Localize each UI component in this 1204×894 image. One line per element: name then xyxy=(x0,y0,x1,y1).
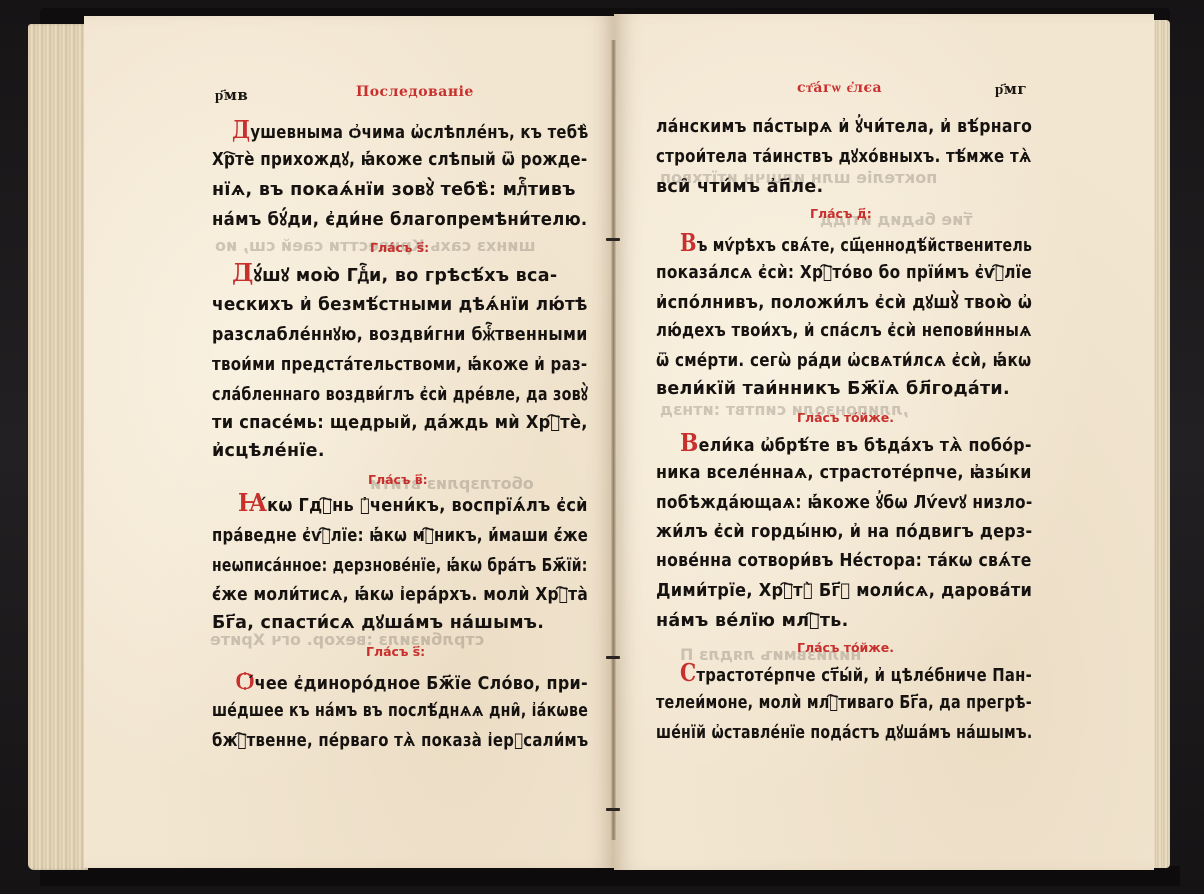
text-line: вели́кїй таи́нникъ Бж҃їѧ бл҃года́ти. xyxy=(656,378,1010,400)
text-line: ти спасе́мь: щедрый, да́ждь мѝ Хрⷭ҇тѐ, xyxy=(212,412,588,434)
text-line: неѡписа́нное: дерзнове́нїе, ꙗ҆́кѡ бра́тъ… xyxy=(212,555,588,577)
text-line: ника вселе́ннаѧ, страстоте́рпче, ꙗ҆зы́ки xyxy=(656,462,1032,484)
text-line: є҆́же моли́тисѧ, ꙗ҆́кѡ і҆ера́рхъ. молѝ Х… xyxy=(212,584,588,606)
binding-stitch xyxy=(606,238,620,241)
page-block-edge-left xyxy=(28,24,88,870)
text-line: ше́дшее къ на́мъ въ послѣ́днѧѧ дни̑, і҆а… xyxy=(212,700,588,722)
text-line: ѿ сме́рти. сегѡ̀ ра́ди ѡ҆свѧти́лсѧ є҆сѝ,… xyxy=(656,350,1031,372)
folio-number-right: р҃мг xyxy=(995,80,1027,99)
text-line: ла́нскимъ па́стырѧ и҆ ꙋ҆чи́тела, и҆ вѣ́р… xyxy=(656,116,1032,138)
running-head-left: Последованіе xyxy=(356,84,474,100)
text-line: сла́бленнаго воздви́глъ є҆сѝ дре́вле, да… xyxy=(212,384,588,406)
running-head-right: ст҃а́гѡ є҆лєа xyxy=(797,80,882,97)
text-line: Страстоте́рпче ст҃ы́й, и҆ цѣле́бниче Пан… xyxy=(680,662,1032,687)
text-line: и҆спо́лнивъ, положи́лъ є҆сѝ дꙋшꙋ̀ твою̀ … xyxy=(656,292,1032,314)
text-line: нове́нна сотвори́въ Не́стора: та́кѡ свѧ́… xyxy=(656,550,1032,572)
text-line: ческихъ и҆ безмѣ́стными дѣѧ́нїи лю́тѣ xyxy=(212,294,588,316)
text-line: вси̑ чти́мъ а҆п҃ле. xyxy=(656,176,824,198)
text-line: бжⷭ҇твенне, пе́рваго тѧ̀ показа̀ і҆ерꙋса… xyxy=(212,730,588,752)
book-gutter xyxy=(611,40,616,840)
text-line: телеи́моне, молѝ млⷭ҇тиваго Бг҃а, да пре… xyxy=(656,692,1032,714)
tone-heading: Гла́съ д҃: xyxy=(810,206,872,221)
red-initial: Д xyxy=(232,258,254,287)
text-line: пра́ведне є҆ѵⷢ҇лїе: ꙗ҆́кѡ мⷱ҇никъ, и҆́ма… xyxy=(212,525,588,547)
text-line: ше́нїй ѡ҆ставле́нїе пода́стъ дꙋша́мъ на́… xyxy=(656,722,1032,744)
red-initial: Д xyxy=(232,115,250,144)
text-line: Дꙋ́шꙋ мою̀ Гдⷭ҇и, во грѣсѣ́хъ вса- xyxy=(232,262,557,287)
text-line: Вели́ка ѡ҆брѣ́те въ бѣда́хъ тѧ̀ побо́р- xyxy=(680,432,1032,457)
binding-stitch xyxy=(606,656,620,659)
text-line: нїѧ, въ покаѧ́нїи зовꙋ̀ тебѣ̀: млⷭ҇тивъ xyxy=(212,179,576,201)
text-line: Хр҇тѐ прихождꙋ, ꙗ҆́коже слѣпый ѿ рожде- xyxy=(212,149,587,171)
text-line: Дими́трїе, Хрⷭ҇тꙋ̀ Бг҃ꙋ моли́сѧ, дарова́… xyxy=(656,580,1032,602)
text-line: разслабле́ннꙋю, воздви́гни бжⷭ҇твенными xyxy=(212,324,588,346)
text-line: Ꙗ́кѡ Гдⷭ҇нь ꙋ҆чени́къ, воспрїѧ́лъ є҆сѝ xyxy=(238,492,588,517)
text-line: и҆сцѣле́нїе. xyxy=(212,440,325,462)
text-line: на́мъ бꙋ́ди, є҆ди́не благопремѣни́телю. xyxy=(212,209,587,231)
text-line: твои́ми предста́тельствоми, ꙗ҆́коже и҆ р… xyxy=(212,354,587,376)
text-line: строи́тела та́инствъ дꙋхо́вныхъ. тѣ́мже … xyxy=(656,146,1032,168)
tone-heading: Гла́съ в҃: xyxy=(368,472,428,487)
tone-heading: Гла́съ ѕ҃: xyxy=(370,240,429,255)
red-initial: В xyxy=(680,228,697,257)
text-line: Ѻ́чее є҆диноро́дное Бж҃їе Сло́во, при- xyxy=(236,670,588,695)
text-line: показа́лсѧ є҆сѝ: Хрⷭ҇то́во бо прїи́мъ є҆… xyxy=(656,262,1032,284)
text-line: Бг҃а, спасти́сѧ дꙋша́мъ на́шымъ. xyxy=(212,612,544,634)
text-line: жи́лъ є҆сѝ горды́ню, и҆ на по́двигъ дерз… xyxy=(656,521,1032,543)
text-line: Душевныма ѻ҆чима ѡ҆слѣпле́нъ, къ тебѣ̀ xyxy=(232,119,536,144)
red-initial: С xyxy=(680,658,696,687)
red-initial: В xyxy=(680,428,699,457)
tone-heading: Гла́съ то́йже. xyxy=(797,410,894,425)
red-initial: Ѻ xyxy=(236,666,254,695)
tone-heading: Гла́съ то́йже. xyxy=(797,640,894,655)
text-line: на́мъ ве́лїю млⷭ҇ть. xyxy=(656,610,849,632)
text-line: Въ мѵ́рѣхъ свѧ́те, сщ҃еннодѣ́йственитель xyxy=(680,232,1032,257)
text-line: побѣжда́ющаѧ: ꙗ҆́коже ꙋ҆бѡ Лѵ́еѵꙋ низло- xyxy=(656,492,1033,514)
folio-number-left: р҃мв xyxy=(215,86,248,105)
binding-stitch xyxy=(606,808,620,811)
tone-heading: Гла́съ ѕ҃: xyxy=(366,644,425,659)
red-initial: Ꙗ xyxy=(238,488,267,517)
text-line: лю́дехъ твои́хъ, и҆ спа́слъ є҆сѝ непови́… xyxy=(656,320,1032,342)
